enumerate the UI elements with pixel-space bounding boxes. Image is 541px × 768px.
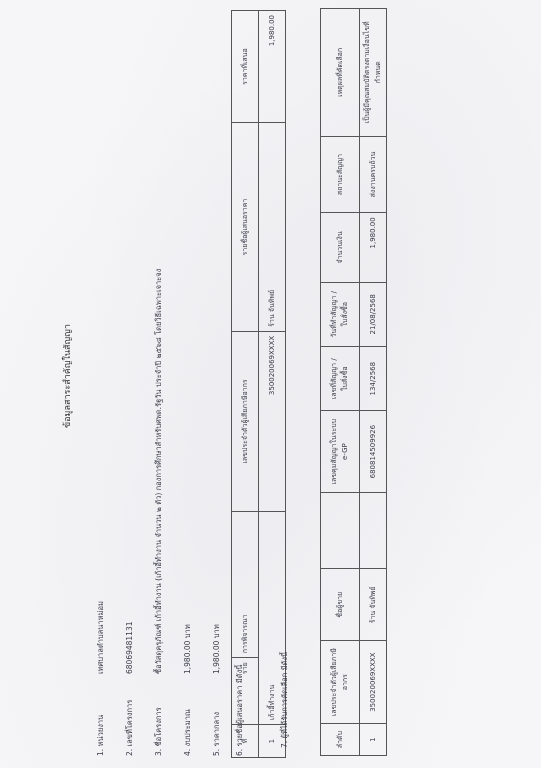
winner-table-header: ลำดับ เลขประจำตัวผู้เสียภาษีอากร ชื่อผู้… xyxy=(321,9,360,756)
header-no: ที่ xyxy=(232,725,259,758)
header-reason: เหตุผลที่คัดเลือก xyxy=(321,9,360,137)
document-title: ข้อมูลสาระสำคัญในสัญญา xyxy=(60,324,74,428)
cell-contract-date: 21/08/2568 xyxy=(360,282,387,346)
cell-amount: 1,980.00 xyxy=(360,213,387,282)
header-vendor: ชื่อผู้ขาย xyxy=(321,569,360,641)
scanned-document-page: ข้อมูลสาระสำคัญในสัญญา 1. หน่วยงาน เทศบา… xyxy=(0,0,541,768)
table-row: 1 350020069XXXX ร้าน จันทิพย์ 6808145099… xyxy=(360,9,387,756)
cell-status: ส่งงานครบถ้วน xyxy=(360,136,387,213)
header-contract-date: วันที่ทำสัญญา / ใบสั่งซื้อ xyxy=(321,282,360,346)
header-amount: จำนวนเงิน xyxy=(321,213,360,282)
cell-price: 1,980.00 xyxy=(259,11,286,123)
winner-table: ลำดับ เลขประจำตัวผู้เสียภาษีอากร ชื่อผู้… xyxy=(320,8,387,756)
table-row: 1 เก้าอี้ทำงาน 350020069XXXX ร้าน จันทิพ… xyxy=(259,11,286,758)
cell-egp-no: 680814509926 xyxy=(360,411,387,492)
cell-order: 1 xyxy=(360,724,387,756)
header-order: ลำดับ xyxy=(321,724,360,756)
bidders-table: ที่ ราย การพิจารณา เลขประจำตัวผู้เสียภาษ… xyxy=(231,10,286,758)
header-status: สถานะสัญญา xyxy=(321,136,360,213)
header-price: ราคาที่เสนอ xyxy=(232,11,259,123)
header-bidder-name: รายชื่อผู้เสนอราคา xyxy=(232,123,259,332)
header-contract-no: เลขที่สัญญา / ใบสั่งซื้อ xyxy=(321,347,360,411)
header-tax-id: เลขประจำตัวผู้เสียภาษีอากร xyxy=(232,331,259,511)
cell-bidder-name: ร้าน จันทิพย์ xyxy=(259,123,286,332)
info-row-agency: 1. หน่วยงาน เทศบาลตำบลนาหม่อม xyxy=(86,269,115,756)
header-item-part2: การพิจารณา xyxy=(232,512,259,658)
info-row-budget: 4. งบประมาณ 1,980.00 บาท xyxy=(173,269,202,756)
info-row-project-name: 3. ชื่อโครงการ ซื้อวัสดุครุภัณฑ์ เก้าอี้… xyxy=(144,269,173,756)
cell-contract-no: 134/2568 xyxy=(360,347,387,411)
info-row-reference-price: 5. ราคากลาง 1,980.00 บาท xyxy=(202,269,231,756)
section-7-label: 7. ผู้ที่ได้รับการคัดเลือก มีดังนี้ xyxy=(279,652,291,748)
header-blank xyxy=(321,492,360,569)
cell-tax-id: 350020069XXXX xyxy=(259,331,286,511)
project-info-list: 1. หน่วยงาน เทศบาลตำบลนาหม่อม 2. เลขที่โ… xyxy=(86,269,249,756)
cell-reason: เป็นผู้มีคุณสมบัติตรงตามเงื่อนไขที่กำหนด xyxy=(360,9,387,137)
header-tax-id: เลขประจำตัวผู้เสียภาษีอากร xyxy=(321,641,360,724)
cell-tax-id: 350020069XXXX xyxy=(360,641,387,724)
bidders-table-header: ที่ ราย การพิจารณา เลขประจำตัวผู้เสียภาษ… xyxy=(232,11,259,758)
cell-vendor: ร้าน จันทิพย์ xyxy=(360,569,387,641)
info-row-project-number: 2. เลขที่โครงการ 68069481131 xyxy=(115,269,144,756)
header-item-part1: ราย xyxy=(232,658,259,725)
cell-blank xyxy=(360,492,387,569)
header-egp-no: เลขคุมสัญญาในระบบ e-GP xyxy=(321,411,360,492)
